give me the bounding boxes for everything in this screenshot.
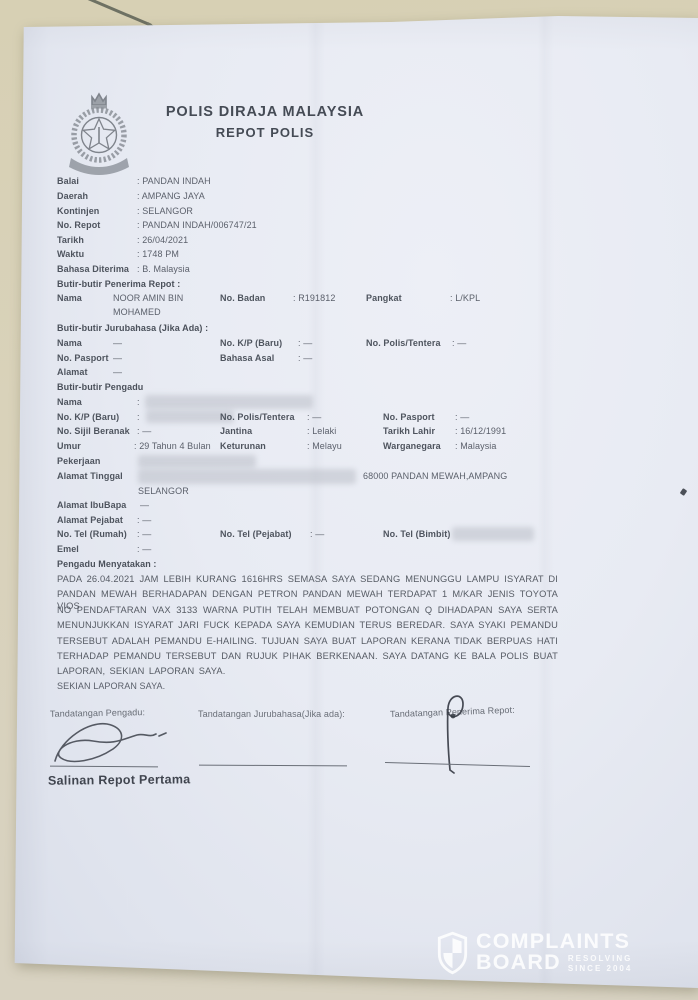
pengadu-lahir-label: Tarikh Lahir xyxy=(383,426,435,437)
pengadu-alamat-tinggal-value: 68000 PANDAN MEWAH,AMPANG xyxy=(363,471,507,482)
pengadu-pasport-value: : — xyxy=(455,412,469,423)
field-value-bahasa-diterima: : B. Malaysia xyxy=(137,264,190,275)
pengadu-umur-label: Umur xyxy=(57,441,81,452)
pengadu-ibubapa-label: Alamat IbuBapa xyxy=(57,500,126,511)
statement-line-7: LAPORAN, SEKIAN LAPORAN SAYA. xyxy=(57,665,558,677)
jurubahasa-pasport-label: No. Pasport xyxy=(57,353,109,364)
pengadu-jantina-value: : Lelaki xyxy=(307,426,336,437)
field-value-no-repot: : PANDAN INDAH/006747/21 xyxy=(137,220,257,231)
pengadu-tel-pejabat-label: No. Tel (Pejabat) xyxy=(220,529,292,540)
pengadu-alamat-tinggal-value-2: SELANGOR xyxy=(138,486,189,497)
report-type-title: REPOT POLIS xyxy=(110,125,420,140)
pengadu-polis-label: No. Polis/Tentera xyxy=(220,412,295,423)
field-value-waktu: : 1748 PM xyxy=(137,249,179,260)
jurubahasa-bahasa-value: : — xyxy=(298,353,312,364)
paper-sheet-wrap: POLIS DIRAJA MALAYSIA REPOT POLIS Balai … xyxy=(0,0,698,1000)
pengadu-pasport-label: No. Pasport xyxy=(383,412,435,423)
field-label-kontinjen: Kontinjen xyxy=(57,206,99,217)
complaintsboard-shield-icon xyxy=(436,931,469,975)
pengadu-warga-value: : Malaysia xyxy=(455,441,497,452)
pengadu-tel-rumah-label: No. Tel (Rumah) xyxy=(57,529,127,540)
pengadu-polis-value: : — xyxy=(307,412,321,423)
field-label-no-repot: No. Repot xyxy=(57,220,100,231)
pengadu-nama-colon: : xyxy=(137,397,140,408)
photo-of-police-report: POLIS DIRAJA MALAYSIA REPOT POLIS Balai … xyxy=(0,0,698,1000)
agency-title: POLIS DIRAJA MALAYSIA xyxy=(110,104,420,120)
watermark-tagline-1: RESOLVING xyxy=(568,954,633,964)
pengadu-tel-rumah-value: : — xyxy=(137,529,151,540)
pengadu-tel-pejabat-value: : — xyxy=(310,529,324,540)
paper-speck xyxy=(680,488,688,496)
statement-line-5: TERSEBUT ADALAH PEMANDU E-HAILING. TUJUA… xyxy=(57,635,558,647)
jurubahasa-alamat-value: — xyxy=(113,367,122,378)
watermark-line1: COMPLAINTS xyxy=(476,931,632,952)
redaction-blur-alamat-tinggal xyxy=(138,469,356,484)
section-heading-jurubahasa: Butir-butir Jurubahasa (Jika Ada) : xyxy=(57,323,208,334)
pengadu-lahir-value: : 16/12/1991 xyxy=(455,426,506,437)
field-value-daerah: : AMPANG JAYA xyxy=(137,191,205,202)
jurubahasa-alamat-label: Alamat xyxy=(57,367,88,378)
jurubahasa-nama-label: Nama xyxy=(57,338,82,349)
field-label-bahasa-diterima: Bahasa Diterima xyxy=(57,264,129,275)
field-label-tarikh: Tarikh xyxy=(57,235,84,246)
pengadu-pejabat-label: Alamat Pejabat xyxy=(57,515,123,526)
field-label-daerah: Daerah xyxy=(57,191,88,202)
penerima-nama-label: Nama xyxy=(57,293,82,304)
penerima-pangkat-value: : L/KPL xyxy=(450,293,480,304)
jurubahasa-pasport-value: — xyxy=(113,353,122,364)
jurubahasa-kp-value: : — xyxy=(298,338,312,349)
statement-line-6: TERHADAP PEMANDU TERSEBUT DAN RUJUK PIHA… xyxy=(57,650,558,662)
pengadu-kp-colon: : xyxy=(137,412,140,423)
report-header: POLIS DIRAJA MALAYSIA REPOT POLIS xyxy=(110,104,420,140)
paper-sheet: POLIS DIRAJA MALAYSIA REPOT POLIS Balai … xyxy=(0,0,698,1000)
pengadu-emel-value: : — xyxy=(137,544,151,555)
statement-closing: SEKIAN LAPORAN SAYA. xyxy=(57,681,165,692)
redaction-blur-pekerjaan xyxy=(138,455,256,468)
field-label-balai: Balai xyxy=(57,176,79,187)
field-label-waktu: Waktu xyxy=(57,249,84,260)
signature-line-jurubahasa xyxy=(199,765,347,767)
penerima-pangkat-label: Pangkat xyxy=(366,293,402,304)
pengadu-pekerjaan-label: Pekerjaan xyxy=(57,456,100,467)
pengadu-pejabat-value: : — xyxy=(137,515,151,526)
watermark-tagline-2: SINCE 2004 xyxy=(568,964,633,974)
pengadu-sijil-value: : — xyxy=(137,426,151,437)
signature-label-jurubahasa: Tandatangan Jurubahasa(Jika ada): xyxy=(198,709,345,720)
complaintsboard-watermark: COMPLAINTS BOARD RESOLVING SINCE 2004 xyxy=(436,931,632,975)
section-heading-penerima: Butir-butir Penerima Repot : xyxy=(57,279,180,290)
pengadu-sijil-label: No. Sijil Beranak xyxy=(57,426,130,437)
pengadu-warga-label: Warganegara xyxy=(383,441,441,452)
pengadu-kp-label: No. K/P (Baru) xyxy=(57,412,119,423)
watermark-text: COMPLAINTS BOARD RESOLVING SINCE 2004 xyxy=(476,931,632,973)
pengadu-signature-scribble xyxy=(45,713,180,773)
redaction-blur-tel-bimbit xyxy=(452,527,534,541)
penerima-badan-value: : R191812 xyxy=(293,293,335,304)
watermark-tagline: RESOLVING SINCE 2004 xyxy=(568,954,633,973)
section-heading-pengadu: Butir-butir Pengadu xyxy=(57,382,143,393)
section-heading-statement: Pengadu Menyatakan : xyxy=(57,559,157,570)
pengadu-alamat-tinggal-label: Alamat Tinggal xyxy=(57,471,123,482)
pengadu-keturunan-value: : Melayu xyxy=(307,441,342,452)
pengadu-umur-value: : 29 Tahun 4 Bulan xyxy=(134,441,211,452)
jurubahasa-polis-label: No. Polis/Tentera xyxy=(366,338,441,349)
pengadu-jantina-label: Jantina xyxy=(220,426,252,437)
penerima-nama-value: NOOR AMIN BIN xyxy=(113,293,183,304)
watermark-line2: BOARD xyxy=(476,952,561,973)
pengadu-keturunan-label: Keturunan xyxy=(220,441,266,452)
field-value-kontinjen: : SELANGOR xyxy=(137,206,193,217)
jurubahasa-polis-value: : — xyxy=(452,338,466,349)
jurubahasa-nama-value: — xyxy=(113,338,122,349)
statement-line-4: MENUNJUKKAN ISYARAT JARI FUCK KEPADA SAY… xyxy=(57,619,558,631)
pengadu-tel-bimbit-label: No. Tel (Bimbit) xyxy=(383,529,450,540)
jurubahasa-kp-label: No. K/P (Baru) xyxy=(220,338,282,349)
pengadu-nama-label: Nama xyxy=(57,397,82,408)
pengadu-emel-label: Emel xyxy=(57,544,79,555)
jurubahasa-bahasa-label: Bahasa Asal xyxy=(220,353,274,364)
copy-designation: Salinan Repot Pertama xyxy=(48,772,191,787)
penerima-nama-value-2: MOHAMED xyxy=(113,307,161,318)
pengadu-ibubapa-value: — xyxy=(140,500,149,511)
field-value-balai: : PANDAN INDAH xyxy=(137,176,211,187)
statement-line-3: NO PENDAFTARAN VAX 3133 WARNA PUTIH TELA… xyxy=(57,604,558,616)
field-value-tarikh: : 26/04/2021 xyxy=(137,235,188,246)
penerima-badan-label: No. Badan xyxy=(220,293,265,304)
redaction-blur-nama xyxy=(145,395,313,409)
statement-line-1: PADA 26.04.2021 JAM LEBIH KURANG 1616HRS… xyxy=(57,573,558,585)
